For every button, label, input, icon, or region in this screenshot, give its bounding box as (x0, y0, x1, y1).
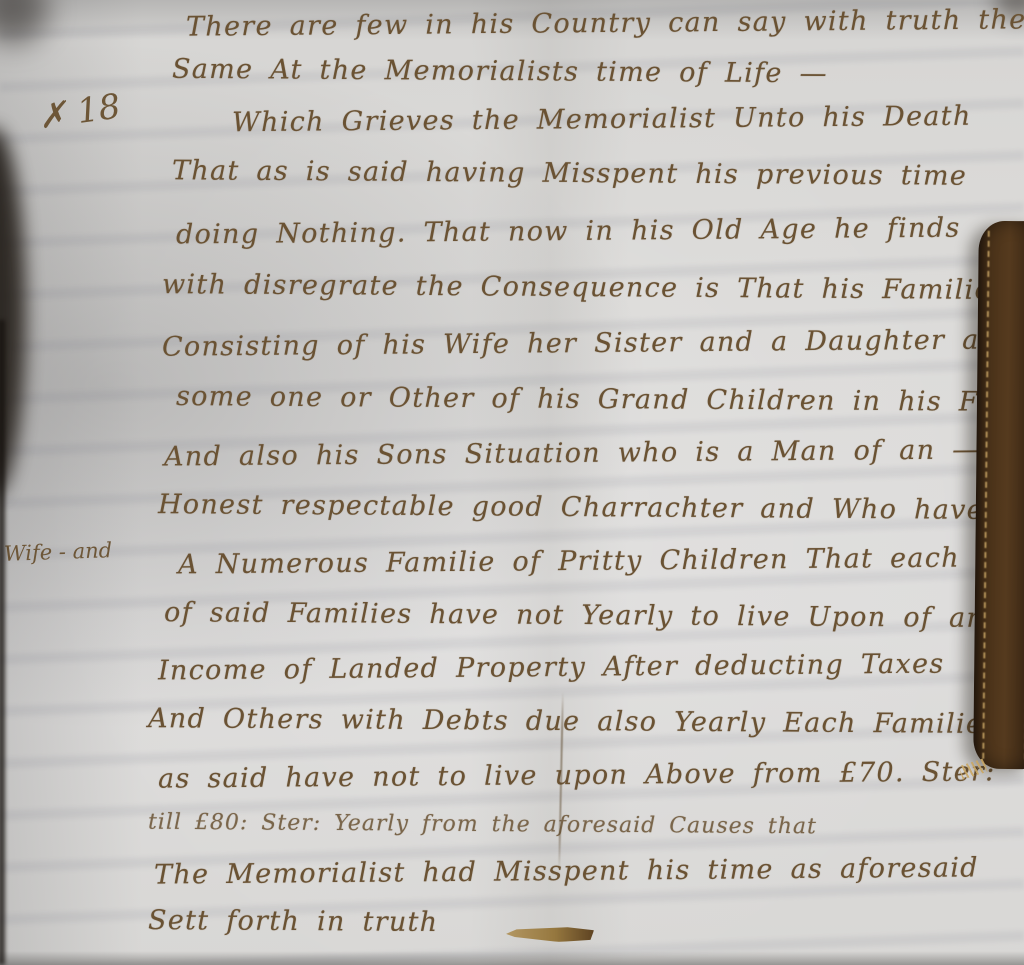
margin-folio-number: ✗ 18 (36, 86, 123, 137)
manuscript-line: as said have not to live upon Above from… (158, 756, 996, 794)
manuscript-line: till £80: Ster: Yearly from the aforesai… (148, 810, 817, 840)
manuscript-line: Sett forth in truth (148, 905, 439, 938)
manuscript-line: Honest respectable good Charrachter and … (158, 489, 984, 526)
manuscript-line: The Memorialist had Misspent his time as… (154, 852, 979, 890)
manuscript-line: with disregrate the Consequence is That … (162, 269, 992, 306)
left-book-edge (0, 320, 5, 965)
manuscript-photo: ✗ 18 Wife - and There are few in his Cou… (0, 0, 1024, 965)
manuscript-line: A Numerous Familie of Pritty Children Th… (178, 543, 960, 581)
manuscript-line: Income of Landed Property After deductin… (158, 649, 945, 687)
margin-note-wife-and: Wife - and (4, 538, 113, 566)
manuscript-line: That as is said having Misspent his prev… (172, 155, 967, 192)
leather-strap (973, 221, 1024, 770)
manuscript-line: Same At the Memorialists time of Life — (172, 54, 828, 90)
manuscript-line: Which Grieves the Memorialist Unto his D… (232, 101, 972, 138)
bottom-shadow (0, 951, 1024, 965)
manuscript-line: Consisting of his Wife her Sister and a … (162, 324, 1017, 362)
manuscript-line: doing Nothing. That now in his Old Age h… (176, 213, 961, 251)
manuscript-line: And also his Sons Situation who is a Man… (164, 434, 981, 472)
manuscript-line: some one or Other of his Grand Children … (176, 381, 1022, 418)
manuscript-line: And Others with Debts due also Yearly Ea… (148, 703, 983, 740)
manuscript-line: of said Families have not Yearly to live… (164, 597, 985, 634)
strap-stitching-left (982, 231, 990, 759)
